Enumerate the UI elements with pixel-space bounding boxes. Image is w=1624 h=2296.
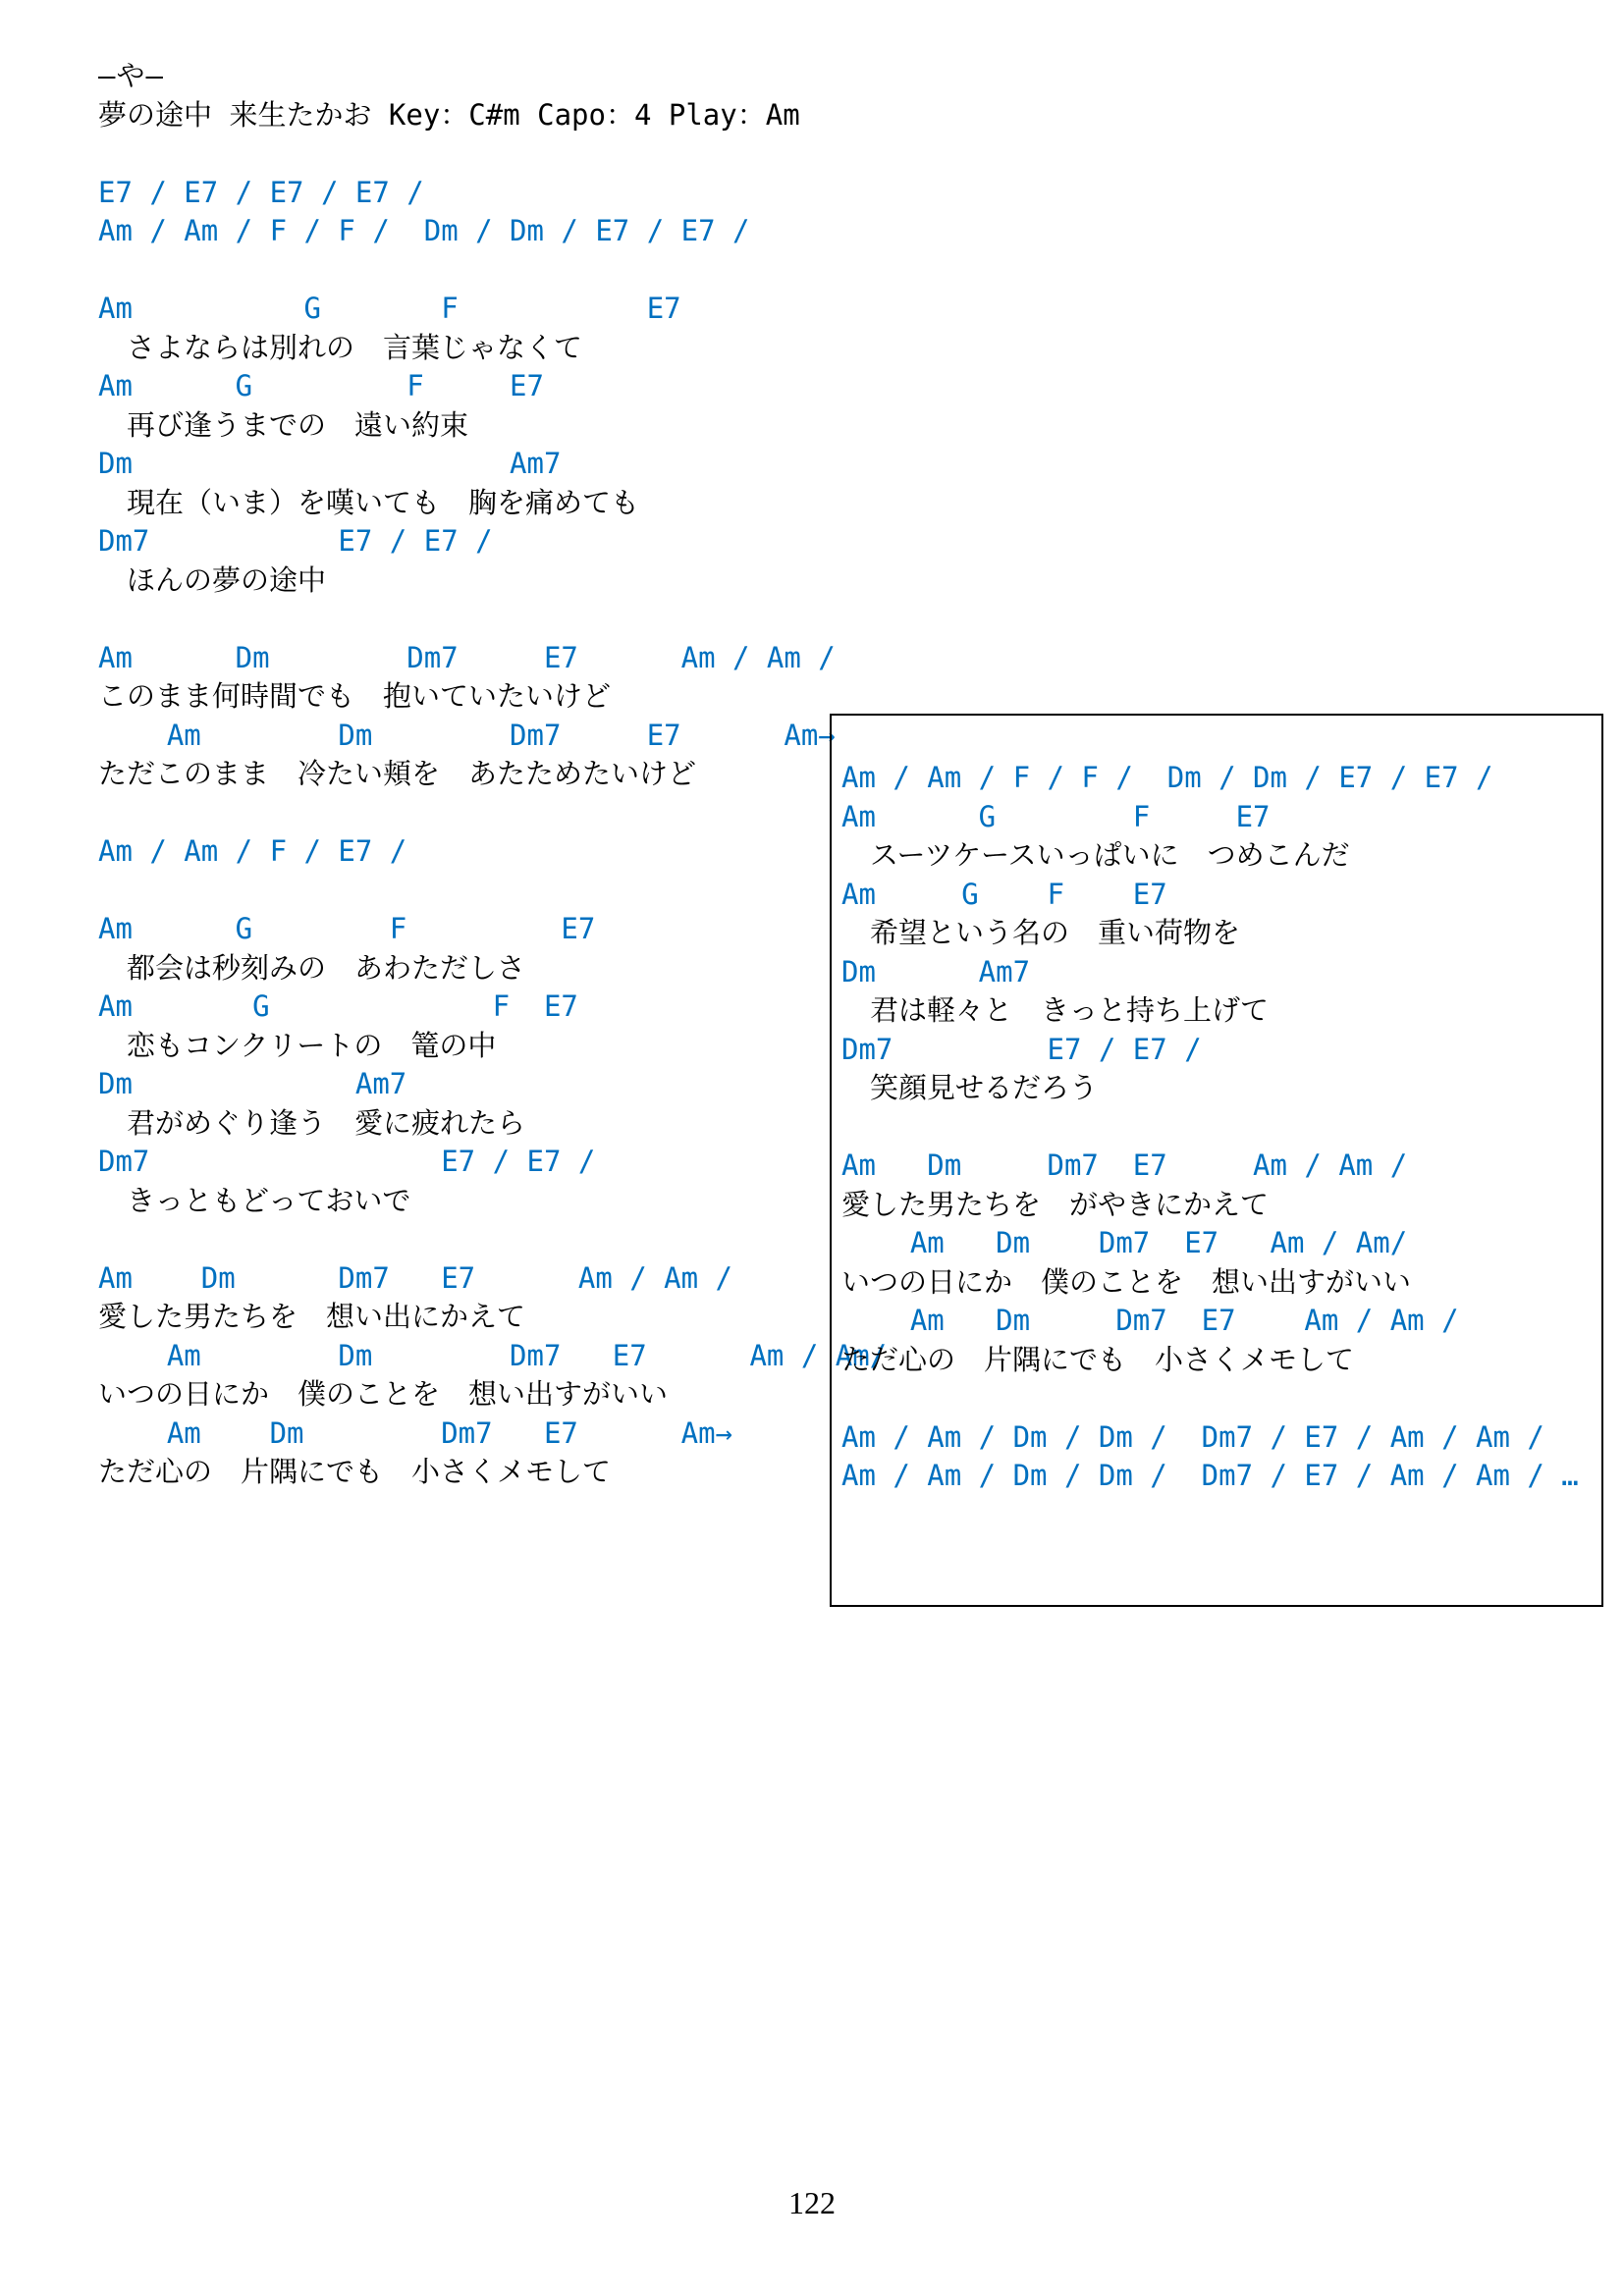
chords-line: Am / Am / F / F / Dm / Dm / E7 / E7 / bbox=[98, 212, 887, 251]
chords-line: Dm Am7 bbox=[841, 953, 1601, 992]
chords-line: Am G F E7 bbox=[98, 290, 887, 329]
song-title: 夢の途中 来生たかお Key：C#m Capo：4 Play：Am bbox=[98, 96, 887, 135]
lyric-line: ただ心の 片隅にでも 小さくメモして bbox=[98, 1453, 887, 1492]
chords-line: Dm Am7 bbox=[98, 445, 887, 484]
chords-line: Am Dm Dm7 E7 Am / Am / bbox=[841, 1147, 1601, 1186]
blank-line bbox=[841, 1108, 1601, 1148]
lyric-line: 都会は秒刻みの あわただしさ bbox=[98, 949, 887, 988]
section-header: —や— bbox=[98, 57, 887, 96]
repeat-section-box: Am / Am / F / F / Dm / Dm / E7 / E7 /Am … bbox=[830, 714, 1603, 1607]
lyric-line: 笑顔見せるだろう bbox=[841, 1069, 1601, 1108]
lyric-line: 君がめぐり逢う 愛に疲れたら bbox=[98, 1104, 887, 1144]
chords-line: Am G F E7 bbox=[841, 876, 1601, 915]
chords-line: Am / Am / Dm / Dm / Dm7 / E7 / Am / Am / bbox=[841, 1418, 1601, 1458]
lyric-line: 恋もコンクリートの 篭の中 bbox=[98, 1027, 887, 1066]
chords-line: Am Dm Dm7 E7 Am→ bbox=[98, 717, 887, 756]
chords-line: E7 / E7 / E7 / E7 / bbox=[98, 174, 887, 213]
chords-line: Am G F E7 bbox=[98, 910, 887, 949]
blank-line bbox=[98, 600, 887, 639]
chords-line: Am Dm Dm7 E7 Am / Am / bbox=[98, 1259, 887, 1299]
chords-line: Am G F E7 bbox=[98, 988, 887, 1027]
page: —や— 夢の途中 来生たかお Key：C#m Capo：4 Play：Am E7… bbox=[0, 0, 1624, 2296]
chords-line: Am G F E7 bbox=[841, 798, 1601, 837]
lyric-line: ほんの夢の途中 bbox=[98, 561, 887, 601]
lyric-line: スーツケースいっぱいに つめこんだ bbox=[841, 836, 1601, 876]
lyric-line: ただ心の 片隅にでも 小さくメモして bbox=[841, 1341, 1601, 1380]
lyric-line: 君は軽々と きっと持ち上げて bbox=[841, 991, 1601, 1031]
lyric-line: ただこのまま 冷たい頬を あたためたいけど bbox=[98, 755, 887, 794]
chords-line: Dm7 E7 / E7 / bbox=[98, 522, 887, 561]
blank-line bbox=[98, 872, 887, 911]
lyric-line: きっともどっておいで bbox=[98, 1182, 887, 1221]
blank-line bbox=[98, 134, 887, 174]
blank-line bbox=[841, 1379, 1601, 1418]
chords-line: Am / Am / F / F / Dm / Dm / E7 / E7 / bbox=[841, 759, 1601, 798]
chords-line: Am Dm Dm7 E7 Am→ bbox=[98, 1415, 887, 1454]
chords-line: Dm7 E7 / E7 / bbox=[98, 1143, 887, 1182]
page-number: 122 bbox=[0, 2185, 1624, 2221]
lyric-line: 希望という名の 重い荷物を bbox=[841, 914, 1601, 953]
lyric-line: 愛した男たちを 想い出にかえて bbox=[98, 1298, 887, 1337]
chords-line: Am Dm Dm7 E7 Am / Am / bbox=[98, 639, 887, 678]
lyric-line: いつの日にか 僕のことを 想い出すがいい bbox=[98, 1375, 887, 1415]
chords-line: Am Dm Dm7 E7 Am / Am / bbox=[841, 1302, 1601, 1341]
lyric-line: このまま何時間でも 抱いていたいけど bbox=[98, 677, 887, 717]
lyric-line: いつの日にか 僕のことを 想い出すがいい bbox=[841, 1263, 1601, 1303]
chords-line: Am / Am / Dm / Dm / Dm7 / E7 / Am / Am /… bbox=[841, 1457, 1601, 1496]
lyric-line: 愛した男たちを がやきにかえて bbox=[841, 1186, 1601, 1225]
chords-line: Am G F E7 bbox=[98, 367, 887, 406]
left-column: —や— 夢の途中 来生たかお Key：C#m Capo：4 Play：Am E7… bbox=[98, 57, 887, 1492]
chords-line: Am Dm Dm7 E7 Am / Am/ bbox=[98, 1337, 887, 1376]
chords-line: Dm7 E7 / E7 / bbox=[841, 1031, 1601, 1070]
blank-line bbox=[98, 794, 887, 833]
lyric-line: さよならは別れの 言葉じゃなくて bbox=[98, 329, 887, 368]
blank-line bbox=[98, 251, 887, 291]
left-column-lines: E7 / E7 / E7 / E7 /Am / Am / F / F / Dm … bbox=[98, 174, 887, 1492]
lyric-line: 再び逢うまでの 遠い約束 bbox=[98, 406, 887, 446]
repeat-section-lines: Am / Am / F / F / Dm / Dm / E7 / E7 /Am … bbox=[841, 759, 1601, 1496]
blank-line bbox=[98, 1220, 887, 1259]
chords-line: Am Dm Dm7 E7 Am / Am/ bbox=[841, 1224, 1601, 1263]
chords-line: Am / Am / F / E7 / bbox=[98, 832, 887, 872]
chords-line: Dm Am7 bbox=[98, 1065, 887, 1104]
lyric-line: 現在（いま）を嘆いても 胸を痛めても bbox=[98, 484, 887, 523]
